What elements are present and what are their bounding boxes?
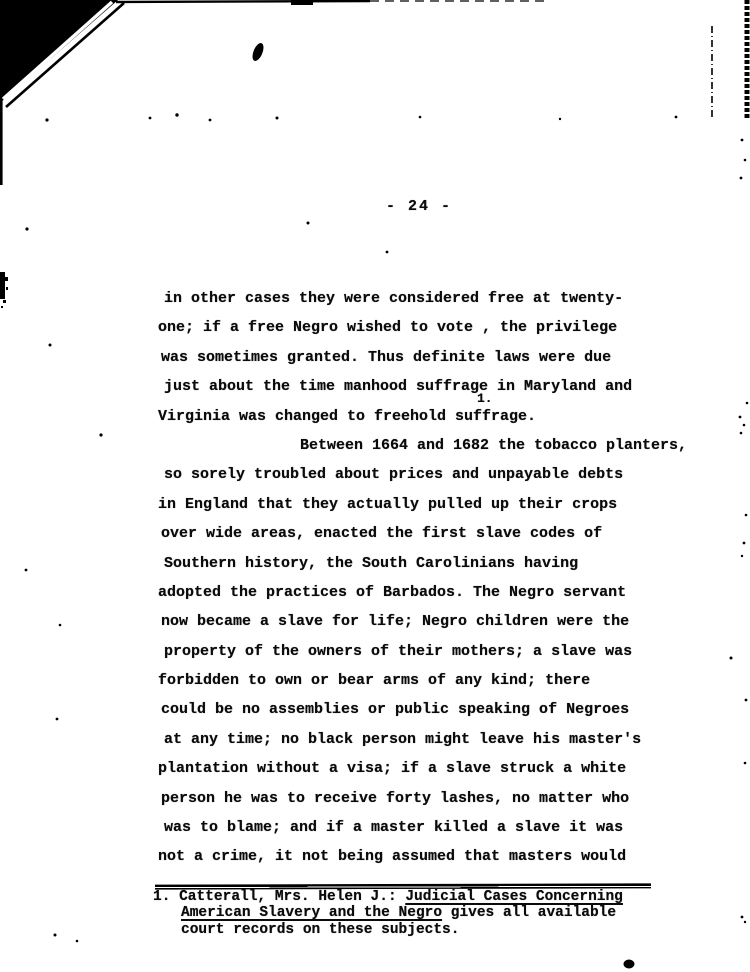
typed-line: at any time; no black person might leave… [164,725,657,754]
typed-line: person he was to receive forty lashes, n… [161,784,657,813]
footnote-text: court records on these subjects. [181,922,459,938]
typed-line: property of the owners of their mothers;… [164,637,657,666]
typed-line: in other cases they were considered free… [164,284,657,313]
footnote-block: 1. Catterall, Mrs. Helen J.: Judicial Ca… [153,889,673,938]
typed-line: not a crime, it not being assumed that m… [158,842,657,871]
typed-line: in England that they actually pulled up … [158,490,657,519]
typed-line: over wide areas, enacted the first slave… [161,519,657,548]
footnote-line: 1. Catterall, Mrs. Helen J.: Judicial Ca… [153,889,673,905]
body-text-block: in other cases they were considered free… [157,284,657,872]
typed-line: one; if a free Negro wished to vote , th… [158,313,657,342]
typed-line: Southern history, the South Carolinians … [164,549,657,578]
footnote-text: gives all available [442,905,616,921]
typed-line: plantation without a visa; if a slave st… [158,754,657,783]
ink-smudge-bottom [624,960,635,969]
footnote-citation-title-part2: American Slavery and the Negro [181,905,442,921]
typed-line: adopted the practices of Barbados. The N… [158,578,657,607]
ink-blot-apostrophe [250,42,265,63]
footnote-line: court records on these subjects. [153,922,673,938]
typed-line: so sorely troubled about prices and unpa… [164,460,657,489]
typed-line: was to blame; and if a master killed a s… [164,813,657,842]
scan-edge-noise-right [712,0,747,118]
page-number: - 24 - [386,198,452,215]
footnote-line: American Slavery and the Negro gives all… [153,905,673,921]
scan-corner-fold [0,0,124,185]
typed-line: just about the time manhood suffrage in … [164,372,657,401]
typed-line: was sometimes granted. Thus definite law… [161,343,657,372]
scanned-document-page: - 24 - 1. in other cases they were consi… [0,0,750,972]
typed-line: now became a slave for life; Negro child… [161,607,657,636]
typed-line: could be no assemblies or public speakin… [161,695,657,724]
scan-edge-noise-left [0,272,8,308]
typed-line: forbidden to own or bear arms of any kin… [158,666,657,695]
footnote-citation-title-part1: Judicial Cases Concerning [405,889,623,905]
paper-top-edge-shadow [116,0,548,5]
footnote-citation-author: 1. Catterall, Mrs. Helen J.: [153,889,405,905]
typed-line: Virginia was changed to freehold suffrag… [158,402,657,431]
typed-line-paragraph-start: Between 1664 and 1682 the tobacco plante… [161,431,657,460]
